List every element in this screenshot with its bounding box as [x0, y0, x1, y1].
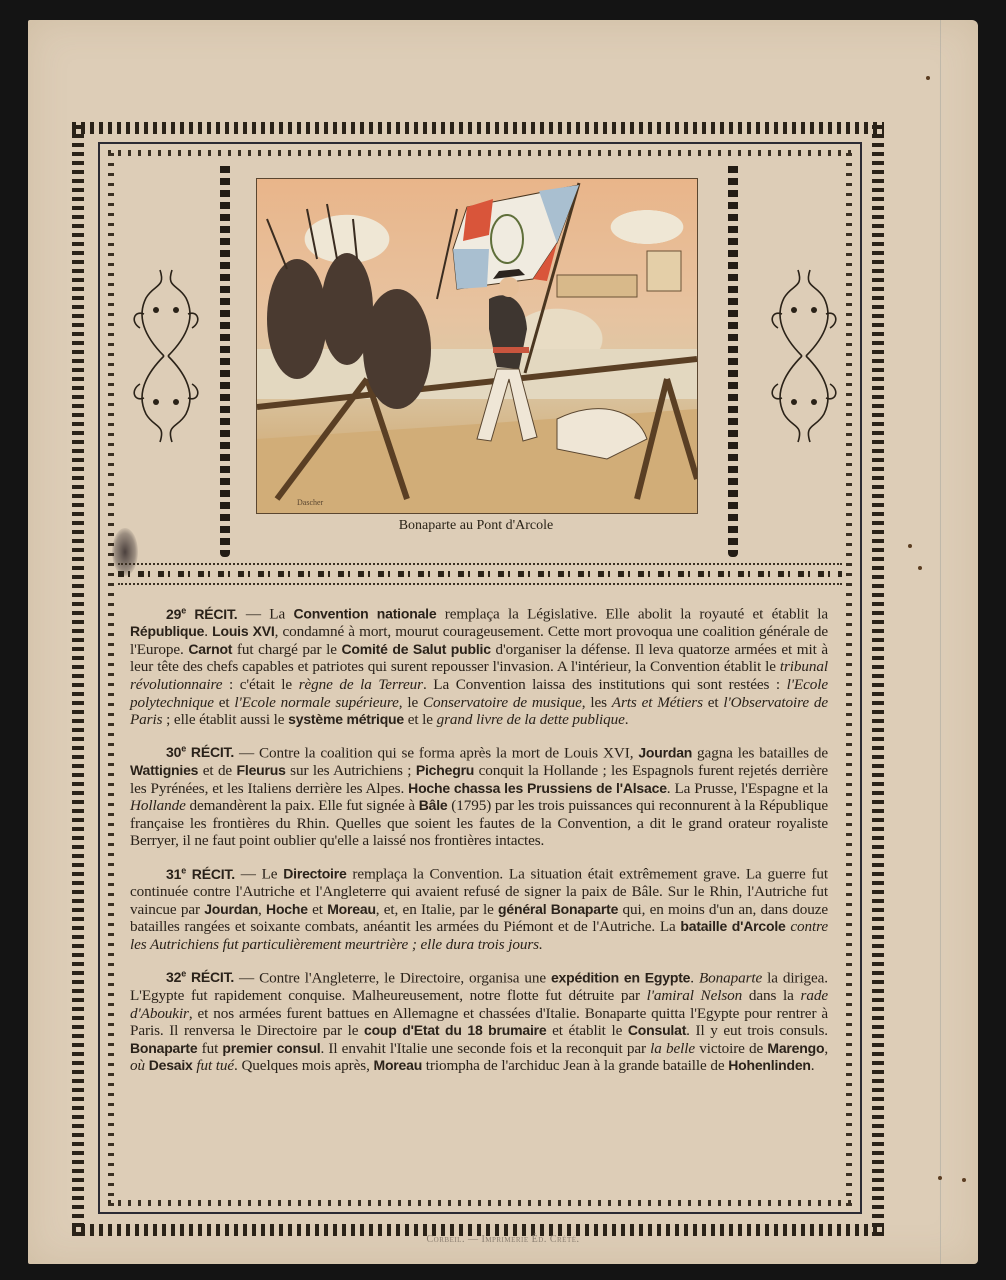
illustration-caption: Bonaparte au Pont d'Arcole — [256, 518, 696, 534]
foxing-spot — [926, 76, 930, 80]
recits-text: 29e RÉCIT. — La Convention nationale rem… — [130, 602, 828, 1087]
recit-heading: 32e RÉCIT. — [166, 969, 234, 985]
left-flourish-icon — [126, 258, 206, 454]
illustration-signature: Dascher — [297, 498, 324, 507]
recit-31: 31e RÉCIT. — Le Directoire remplaça la C… — [130, 862, 828, 954]
recit-heading: 29e RÉCIT. — [166, 606, 237, 622]
printer-imprint: Corbeil. — Imprimerie Éd. Crété. — [0, 1234, 1006, 1245]
foxing-spot — [962, 1178, 966, 1182]
recit-30: 30e RÉCIT. — Contre la coalition qui se … — [130, 741, 828, 850]
foxing-spot — [908, 544, 912, 548]
recit-32: 32e RÉCIT. — Contre l'Angleterre, le Dir… — [130, 966, 828, 1075]
illustration-pont-d-arcole: Dascher — [256, 178, 698, 514]
foxing-spot — [918, 566, 922, 570]
recit-heading: 30e RÉCIT. — [166, 744, 234, 760]
battle-scene-icon: Dascher — [257, 179, 697, 513]
foxing-spot — [938, 1176, 942, 1180]
recit-29: 29e RÉCIT. — La Convention nationale rem… — [130, 602, 828, 729]
right-flourish-icon — [764, 258, 844, 454]
fold-line — [940, 20, 941, 1264]
ornamental-divider — [118, 563, 842, 585]
recit-heading: 31e RÉCIT. — [166, 866, 235, 882]
right-chain-ornament — [728, 162, 738, 557]
left-chain-ornament — [220, 162, 230, 557]
